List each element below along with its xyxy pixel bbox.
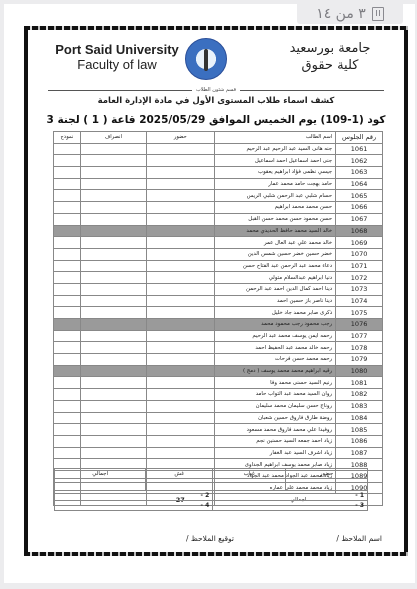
seat-number: 1078 [336, 342, 383, 354]
attendance-cell [146, 272, 214, 284]
notes-row: 1 - 2 - [55, 491, 368, 501]
table-row: 1063جيسي نظمى فؤاد ابراهيم يعقوب [54, 167, 383, 179]
seat-number: 1079 [336, 354, 383, 366]
table-row: 1064حامد بهجت حامد محمد عمار [54, 178, 383, 190]
summary-section: حضور غياب غش اجمالي 1 - 2 - 3 - [54, 468, 368, 511]
table-row: 1070خضر حسين خضر حسين شمس الدين [54, 248, 383, 260]
university-logo-icon [185, 38, 227, 80]
summary-cheating-value [146, 479, 213, 491]
attendance-cell [146, 237, 214, 249]
department-label: قسم شئون الطلاب [196, 87, 236, 93]
model-cell [54, 424, 81, 436]
seat-number: 1070 [336, 248, 383, 260]
summary-total-value [55, 479, 146, 491]
student-name: حسن محمود حسن محمد حسن القبل [214, 213, 335, 225]
table-row: 1074دينا ناصر باز حسين احمد [54, 295, 383, 307]
student-name: دنيا ابراهيم عبدالسلام متولي [214, 272, 335, 284]
table-row: 1065حسام شلبي عبد الرحمن شلبي الريس [54, 190, 383, 202]
summary-col-present: حضور [286, 469, 368, 479]
departure-cell [80, 377, 146, 389]
document-title: كشف اسماء طلاب المستوى الأول في مادة الإ… [28, 96, 404, 106]
table-row: 1079رحمه محمد حسن فرحات [54, 354, 383, 366]
departure-cell [80, 272, 146, 284]
attendance-cell [146, 248, 214, 260]
model-cell [54, 354, 81, 366]
table-row: 1077رحمه ايمن يوسف محمد عبد الرحيم [54, 330, 383, 342]
student-name: روان السيد محمد عبد التواب حامد [214, 389, 335, 401]
departure-cell [80, 295, 146, 307]
departure-cell [80, 330, 146, 342]
departure-cell [80, 155, 146, 167]
student-name: جيسي نظمى فؤاد ابراهيم يعقوب [214, 167, 335, 179]
departure-cell [80, 424, 146, 436]
seat-number: 1076 [336, 319, 383, 331]
model-cell [54, 307, 81, 319]
model-cell [54, 143, 81, 155]
attendance-cell [146, 342, 214, 354]
model-cell [54, 260, 81, 272]
attendance-cell [146, 225, 214, 237]
student-name: رقيه ابراهيم محمد محمد يوسف ( دمج ) [214, 365, 335, 377]
model-cell [54, 190, 81, 202]
attendance-cell [146, 143, 214, 155]
departure-cell [80, 354, 146, 366]
model-cell [54, 202, 81, 214]
model-cell [54, 389, 81, 401]
summary-col-cheating: غش [146, 469, 213, 479]
seat-number: 1085 [336, 424, 383, 436]
table-row: 1072دنيا ابراهيم عبدالسلام متولي [54, 272, 383, 284]
note-line-4: 4 - [55, 501, 213, 511]
summary-present-value [286, 479, 368, 491]
departure-cell [80, 283, 146, 295]
model-cell [54, 283, 81, 295]
departure-cell [80, 248, 146, 260]
departure-cell [80, 447, 146, 459]
student-name: روناج حسن سليمان محمد سليمان [214, 400, 335, 412]
seat-number: 1081 [336, 377, 383, 389]
student-name: رحمه ايمن يوسف محمد عبد الرحيم [214, 330, 335, 342]
summary-table: حضور غياب غش اجمالي 1 - 2 - 3 - [54, 468, 368, 511]
table-row: 1069خالد محمد علي عبد العال عمر [54, 237, 383, 249]
university-arabic: جامعة بورسعيد كلية حقوق [270, 40, 390, 74]
seat-number: 1086 [336, 435, 383, 447]
departure-cell [80, 190, 146, 202]
attendance-cell [146, 354, 214, 366]
table-row: 1075ذكرى صابر محمد جاد خليل [54, 307, 383, 319]
departure-cell [80, 389, 146, 401]
attendance-cell [146, 435, 214, 447]
student-name: زياد احمد جمعه السيد حسنين نجم [214, 435, 335, 447]
observer-name-label: اسم الملاحظ / [336, 534, 382, 543]
seat-number: 1067 [336, 213, 383, 225]
student-name: ذكرى صابر محمد جاد خليل [214, 307, 335, 319]
seat-number: 1064 [336, 178, 383, 190]
table-row: 1085روفيدا علي محمد فاروق محمد مسعود [54, 424, 383, 436]
attendance-cell [146, 307, 214, 319]
faculty-name-ar: كلية حقوق [270, 57, 390, 74]
divider-line [48, 90, 192, 91]
model-cell [54, 155, 81, 167]
student-name: حسن محمد محمد ابراهيم [214, 202, 335, 214]
model-cell [54, 167, 81, 179]
departure-cell [80, 237, 146, 249]
seat-number: 1068 [336, 225, 383, 237]
col-student-name: اسم الطالب [214, 132, 335, 144]
student-name: روضة طارق فاروق حسين شعبان [214, 412, 335, 424]
model-cell [54, 295, 81, 307]
attendance-cell [146, 389, 214, 401]
model-cell [54, 272, 81, 284]
student-name: رجب محمود رجب محمود محمد [214, 319, 335, 331]
model-cell [54, 178, 81, 190]
departure-cell [80, 307, 146, 319]
table-row: 1068خالد السيد محمد حافظ الحديدي محمد [54, 225, 383, 237]
university-english: Port Said University Faculty of law [42, 42, 192, 72]
seat-number: 1074 [336, 295, 383, 307]
attendance-cell [146, 412, 214, 424]
attendance-cell [146, 213, 214, 225]
model-cell [54, 365, 81, 377]
seat-number: 1061 [336, 143, 383, 155]
table-row: 1073دينا احمد كمال الدين احمد عبد الرحمن [54, 283, 383, 295]
student-name: خالد محمد علي عبد العال عمر [214, 237, 335, 249]
student-name: دينا احمد كمال الدين احمد عبد الرحمن [214, 283, 335, 295]
attendance-cell [146, 377, 214, 389]
observer-signature-label: توقيع الملاحظ / [186, 534, 234, 543]
model-cell [54, 377, 81, 389]
page-icon [372, 7, 384, 21]
seat-number: 1063 [336, 167, 383, 179]
seat-number: 1062 [336, 155, 383, 167]
seat-number: 1087 [336, 447, 383, 459]
table-row: 1086زياد احمد جمعه السيد حسنين نجم [54, 435, 383, 447]
table-row: 1082روان السيد محمد عبد التواب حامد [54, 389, 383, 401]
attendance-cell [146, 283, 214, 295]
student-name: خالد السيد محمد حافظ الحديدي محمد [214, 225, 335, 237]
attendance-cell [146, 190, 214, 202]
seat-number: 1077 [336, 330, 383, 342]
student-name: جنى احمد اسماعيل احمد اسماعيل [214, 155, 335, 167]
col-model: نموذج [54, 132, 81, 144]
departure-cell [80, 400, 146, 412]
student-name: جنه هانى السيد عبد الرحيم عبد الرحيم [214, 143, 335, 155]
seat-number: 1072 [336, 272, 383, 284]
table-row: 1084روضة طارق فاروق حسين شعبان [54, 412, 383, 424]
student-name: رنيم السيد حسنى محمد وفا [214, 377, 335, 389]
student-name: حسام شلبي عبد الرحمن شلبي الريس [214, 190, 335, 202]
model-cell [54, 319, 81, 331]
university-name-ar: جامعة بورسعيد [270, 40, 390, 57]
departure-cell [80, 213, 146, 225]
document-page: ٣ من ١٤ Port Said University Faculty of … [4, 4, 415, 583]
attendance-cell [146, 167, 214, 179]
attendance-cell [146, 319, 214, 331]
seat-number: 1075 [336, 307, 383, 319]
note-line-1: 1 - [213, 491, 368, 501]
attendance-cell [146, 447, 214, 459]
table-row: 1071دعاء محمد عبد الرحمن عبد الفتاح حسن [54, 260, 383, 272]
attendance-cell [146, 424, 214, 436]
summary-col-absent: غياب [213, 469, 286, 479]
model-cell [54, 447, 81, 459]
university-name-en: Port Said University [42, 42, 192, 57]
student-name: دينا ناصر باز حسين احمد [214, 295, 335, 307]
attendance-cell [146, 365, 214, 377]
seat-number: 1073 [336, 283, 383, 295]
model-cell [54, 225, 81, 237]
summary-values-row [55, 479, 368, 491]
table-row: 1080رقيه ابراهيم محمد محمد يوسف ( دمج ) [54, 365, 383, 377]
seat-number: 1080 [336, 365, 383, 377]
table-row: 1062جنى احمد اسماعيل احمد اسماعيل [54, 155, 383, 167]
student-name: حامد بهجت حامد محمد عمار [214, 178, 335, 190]
departure-cell [80, 319, 146, 331]
divider-line [240, 90, 384, 91]
page-counter: ٣ من ١٤ [297, 4, 403, 24]
col-departure: انصراف [80, 132, 146, 144]
col-attendance: حضور [146, 132, 214, 144]
col-seat-number: رقم الجلوس [336, 132, 383, 144]
seat-number: 1084 [336, 412, 383, 424]
student-name: دعاء محمد عبد الرحمن عبد الفتاح حسن [214, 260, 335, 272]
student-name: روفيدا علي محمد فاروق محمد مسعود [214, 424, 335, 436]
attendance-cell [146, 202, 214, 214]
seat-number: 1066 [336, 202, 383, 214]
summary-absent-value [213, 479, 286, 491]
table-header-row: رقم الجلوس اسم الطالب حضور انصراف نموذج [54, 132, 383, 144]
note-line-3: 3 - [213, 501, 368, 511]
student-name: رحمه خالد محمد عبد الحفيظ احمد [214, 342, 335, 354]
departure-cell [80, 143, 146, 155]
departure-cell [80, 178, 146, 190]
departure-cell [80, 412, 146, 424]
departure-cell [80, 365, 146, 377]
departure-cell [80, 260, 146, 272]
seat-number: 1069 [336, 237, 383, 249]
departure-cell [80, 435, 146, 447]
attendance-cell [146, 400, 214, 412]
departure-cell [80, 167, 146, 179]
seat-number: 1082 [336, 389, 383, 401]
student-name: خضر حسين خضر حسين شمس الدين [214, 248, 335, 260]
students-table: رقم الجلوس اسم الطالب حضور انصراف نموذج … [53, 131, 383, 506]
model-cell [54, 237, 81, 249]
attendance-cell [146, 295, 214, 307]
departure-cell [80, 225, 146, 237]
department-divider: قسم شئون الطلاب [48, 87, 384, 93]
table-row: 1076رجب محمود رجب محمود محمد [54, 319, 383, 331]
seat-number: 1071 [336, 260, 383, 272]
table-row: 1078رحمه خالد محمد عبد الحفيظ احمد [54, 342, 383, 354]
note-line-2: 2 - [55, 491, 213, 501]
table-row: 1083روناج حسن سليمان محمد سليمان [54, 400, 383, 412]
seat-number: 1065 [336, 190, 383, 202]
model-cell [54, 342, 81, 354]
notes-row: 3 - 4 - [55, 501, 368, 511]
summary-header-row: حضور غياب غش اجمالي [55, 469, 368, 479]
decorative-border: Port Said University Faculty of law جامع… [24, 26, 408, 556]
page-counter-text: ٣ من ١٤ [316, 6, 366, 22]
faculty-name-en: Faculty of law [42, 57, 192, 72]
model-cell [54, 213, 81, 225]
model-cell [54, 248, 81, 260]
model-cell [54, 435, 81, 447]
table-row: 1067حسن محمود حسن محمد حسن القبل [54, 213, 383, 225]
table-row: 1066حسن محمد محمد ابراهيم [54, 202, 383, 214]
table-row: 1081رنيم السيد حسنى محمد وفا [54, 377, 383, 389]
student-name: زياد اشرف السيد عبد الغفار [214, 447, 335, 459]
table-row: 1061جنه هانى السيد عبد الرحيم عبد الرحيم [54, 143, 383, 155]
seat-number: 1083 [336, 400, 383, 412]
table-row: 1087زياد اشرف السيد عبد الغفار [54, 447, 383, 459]
departure-cell [80, 342, 146, 354]
attendance-cell [146, 155, 214, 167]
model-cell [54, 412, 81, 424]
summary-col-total: اجمالي [55, 469, 146, 479]
exam-details: كود (1-109) يوم الخميس الموافق 2025/05/2… [28, 114, 404, 126]
attendance-cell [146, 330, 214, 342]
student-name: رحمه محمد حسن فرحات [214, 354, 335, 366]
attendance-cell [146, 178, 214, 190]
model-cell [54, 330, 81, 342]
attendance-cell [146, 260, 214, 272]
model-cell [54, 400, 81, 412]
departure-cell [80, 202, 146, 214]
